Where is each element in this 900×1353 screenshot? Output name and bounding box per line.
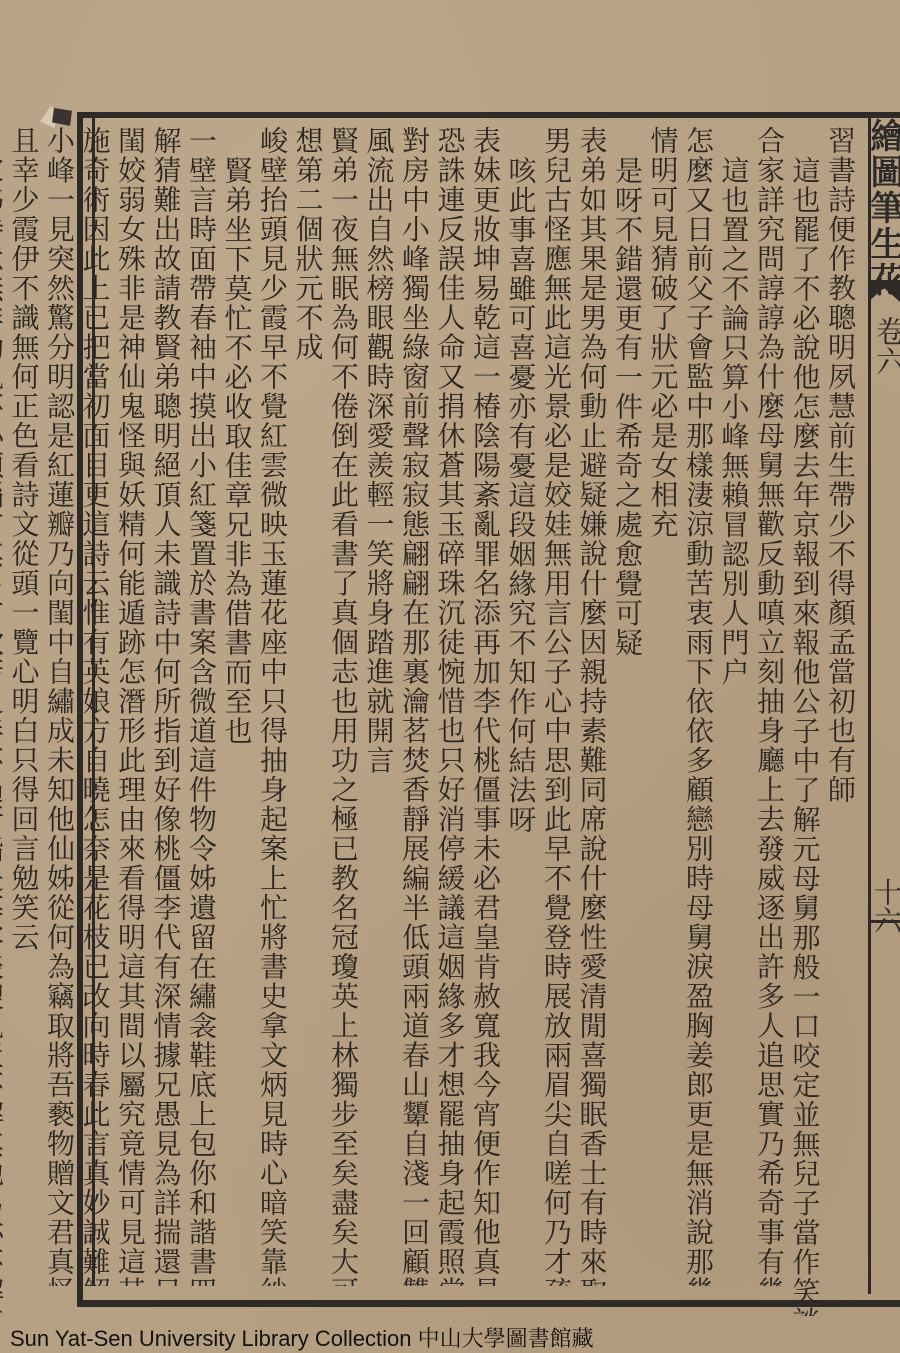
text-column: 賢弟坐下莫忙不必收取佳章兄非為借書而至也: [219, 126, 255, 1316]
text-column: 對房中小峰獨坐綠窗前聲寂寂態翩翩在那裏瀹茗焚香靜展編半低頭兩道春山顰自淺一回顧雙…: [397, 126, 433, 1286]
text-column: 風流出自然榜眼觀時深愛羨輕一笑將身踏進就開言: [361, 126, 397, 1286]
text-column: 想第二個狀元不成: [290, 126, 326, 1286]
folio-rule: [868, 920, 900, 923]
text-column: 這也置之不論只算小峰無賴冒認別人門户: [716, 126, 752, 1316]
text-column: 一壁言時面帶春袖中摸出小紅箋置於書案含微道這件物令姊遺留在繡衾鞋底上包你和諧書四…: [184, 126, 220, 1286]
text-column: 習書詩便作教聰明夙慧前生帶少不得顏孟當初也有師: [823, 126, 859, 1286]
text-column: 賢弟一夜無眠為何不倦倒在此看書了真個志也用功之極已教名冠瓊英上林獨步至矣盡矣大可…: [326, 126, 362, 1286]
text-column: 咳此事喜雖可喜憂亦有憂這段姻緣究不知作何結法呀: [503, 126, 539, 1316]
text-column: 合家詳究問諄諄為什麼母舅無歡反動嗔立刻抽身廳上去發威逐出許多人追思實乃希奇事有幾…: [752, 126, 788, 1286]
scanned-book-page: 繪圖筆生花 卷六 十六 習書詩便作教聰明夙慧前生帶少不得顏孟當初也有師這也罷了不…: [0, 0, 900, 1353]
text-column: 男兒古怪應無此這光景必是姣娃無用言公子心中思到此早不覺登時展放兩眉尖自嗟何乃才疏…: [539, 126, 575, 1286]
text-column: 這也罷了不必說他怎麼去年京報到來報他公子中了解元母舅那般一口咬定並無兒子當作笑談…: [787, 126, 823, 1316]
volume-label: 卷六: [872, 316, 900, 376]
text-column: 表妹更妝坤易乾這一椿陰陽紊亂罪名添再加李代桃僵事未必君皇肯赦寬我今宵便作知他真是…: [468, 126, 504, 1286]
text-column: 閨姣弱女殊非是神仙鬼怪與妖精何能遁跡怎潛形此理由來看得明這其間以屬究竟情可見這其…: [113, 126, 149, 1286]
text-column: 表弟如其果是男為何動止避疑嫌說什麼因親持素難同席說什麼性愛清閒喜獨眠香士有時來取…: [574, 126, 610, 1286]
text-column: 施奇術因此上已把當初面目更這詩云惟有英娘方自曉怎奈是花枝已改向時春此言真妙誠難解…: [77, 126, 113, 1286]
text-column: 情明可見猜破了狀元必是女相充: [645, 126, 681, 1286]
book-title: 繪圖筆生花: [868, 118, 900, 298]
text-column: 小峰一見突然驚分明認是紅蓮瓣乃向閨中自繡成未知他仙姊從何為竊取將吾褻物贈文君真怪…: [42, 126, 78, 1286]
text-column: 是呀不錯還更有一件希奇之處愈覺可疑: [610, 126, 646, 1316]
text-columns: 習書詩便作教聰明夙慧前生帶少不得顏孟當初也有師這也罷了不必說他怎麼去年京報到來報…: [0, 126, 858, 1286]
text-column: 且幸少霞伊不識無何正色看詩文從頭一覽心明白只得回言勉笑云: [6, 126, 42, 1286]
text-column: 恐誅連反誤佳人命又捐休蒼其玉碎珠沉徒惋惜也只好消停緩議這姻緣多才想罷抽身起霞照堂…: [432, 126, 468, 1286]
text-column: 解猜難出故請教賢弟聰明絕頂人未識詩中何所指到好像桃僵李代有深情據兄愚見為詳揣還只…: [148, 126, 184, 1286]
text-column: 怎麼又日前父子會監中那樣淒涼動苦衷雨下依依多顧戀別時母舅淚盈胸姜郎更是無消說那幾…: [681, 126, 717, 1286]
text-column: 峻壁抬頭見少霞早不覺紅雲微映玉蓮花座中只得抽身起案上忙將書史拿文炳見時心暗笑靠紗…: [255, 126, 291, 1286]
folio-number: 十六: [872, 878, 900, 934]
library-caption: Sun Yat-Sen University Library Collectio…: [10, 1322, 594, 1353]
